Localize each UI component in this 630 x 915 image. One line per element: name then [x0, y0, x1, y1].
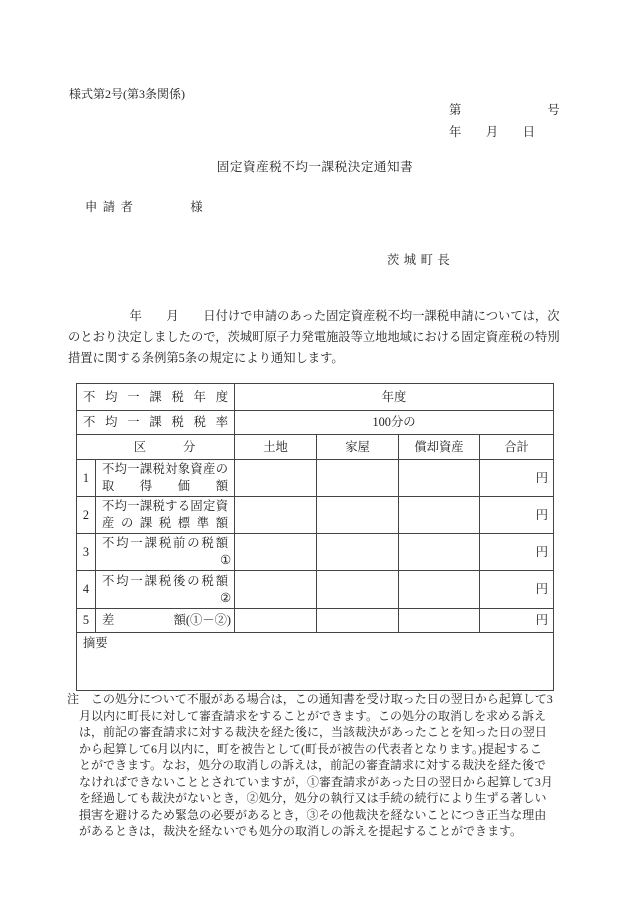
- table-row-5: 5 差 額(①－②) 円: [77, 609, 554, 633]
- cell-house: [317, 534, 399, 571]
- remarks-cell: 摘要: [77, 633, 554, 691]
- note-line: は，前記の審査請求に対する裁決を経た後に，当該裁決があったことを知った日の翌日: [67, 726, 553, 743]
- body-line: 措置に関する条例第5条の規定により通知します。: [68, 352, 560, 373]
- cell-depreciable: [399, 534, 480, 571]
- document-title: 固定資産税不均一課税決定通知書: [0, 161, 630, 174]
- applicant-honorific: 様: [190, 200, 202, 214]
- note-line: 月以内に町長に対して審査請求をすることができます。この処分の取消しを求める訴え: [67, 710, 553, 727]
- cell-house: [317, 460, 399, 497]
- cell-total: 円: [480, 609, 554, 633]
- cell-total: 円: [480, 460, 554, 497]
- row-number: 3: [77, 534, 96, 571]
- cell-total: 円: [480, 497, 554, 534]
- difference-label-right: 額(①－②): [174, 614, 231, 626]
- cell-depreciable: [399, 497, 480, 534]
- row-label-line: 不均一課税前の税額: [96, 535, 234, 552]
- body-line: のとおり決定しましたので，茨城町原子力発電施設等立地地域における固定資産税の特別: [68, 331, 560, 352]
- document-page: 様式第2号(第3条関係) 第 号 年 月 日 固定資産税不均一課税決定通知書 申…: [0, 0, 630, 915]
- note-line: から起算して6月以内に，町を被告として(町長が被告の代表者となります。)提起する…: [67, 743, 553, 760]
- rate-row-value: 100分の: [235, 411, 554, 435]
- row-number: 4: [77, 571, 96, 609]
- unit-yen: 円: [536, 471, 548, 485]
- col-header-house: 家屋: [317, 435, 399, 460]
- table-row-1: 1 不均一課税対象資産の 取得価額 円: [77, 460, 554, 497]
- row-label-line: 産の課税標準額: [96, 515, 234, 532]
- col-header-total: 合計: [480, 435, 554, 460]
- row-number: 2: [77, 497, 96, 534]
- document-number-line: 第 号: [449, 104, 560, 126]
- row-label-line: 不均一課税する固定資: [96, 498, 234, 515]
- difference-label-left: 差: [102, 614, 114, 626]
- table-row-rate: 不均一課税税率 100分の: [77, 411, 554, 435]
- row-number: 1: [77, 460, 96, 497]
- year-row-label: 不均一課税年度: [77, 389, 234, 406]
- applicant-label: 申請者: [85, 200, 138, 214]
- cell-house: [317, 571, 399, 609]
- row-label-circled-1: ①: [96, 552, 234, 569]
- form-number: 様式第2号(第3条関係): [69, 88, 185, 100]
- cell-total: 円: [480, 571, 554, 609]
- year-row-value: 年度: [235, 384, 554, 411]
- row-label-line: 取得価額: [96, 478, 234, 495]
- cell-house: [317, 497, 399, 534]
- cell-depreciable: [399, 609, 480, 633]
- cell-depreciable: [399, 571, 480, 609]
- unit-yen: 円: [536, 545, 548, 559]
- cell-land: [235, 571, 317, 609]
- date-line: 年 月 日: [449, 126, 560, 148]
- col-header-depreciable-assets: 償却資産: [399, 435, 480, 460]
- row-number: 5: [77, 609, 96, 633]
- note-line: 注 この処分について不服がある場合は，この通知書を受け取った日の翌日から起算して…: [67, 693, 553, 710]
- cell-land: [235, 460, 317, 497]
- col-header-land: 土地: [235, 435, 317, 460]
- appeal-note: 注 この処分について不服がある場合は，この通知書を受け取った日の翌日から起算して…: [67, 693, 553, 842]
- cell-total: 円: [480, 534, 554, 571]
- unit-yen: 円: [536, 613, 548, 627]
- category-header: 区 分: [77, 435, 235, 460]
- note-line: とができます。なお，処分の取消しの訴えは，前記の審査請求に対する裁決を経た後で: [67, 759, 553, 776]
- table-row-year: 不均一課税年度 年度: [77, 384, 554, 411]
- row-label-line: 不均一課税後の税額: [96, 573, 234, 590]
- cell-house: [317, 609, 399, 633]
- note-line: 損害を避けるため緊急の必要があるとき，③その他裁決を経ないことにつき正当な理由: [67, 809, 553, 826]
- rate-row-label: 不均一課税税率: [77, 414, 234, 431]
- cell-depreciable: [399, 460, 480, 497]
- unit-yen: 円: [536, 582, 548, 596]
- body-paragraph: 年 月 日付けで申請のあった固定資産税不均一課税申請については，次 のとおり決定…: [68, 310, 560, 373]
- cell-land: [235, 534, 317, 571]
- table-header-row: 区 分 土地 家屋 償却資産 合計: [77, 435, 554, 460]
- tax-decision-table: 不均一課税年度 年度 不均一課税税率 100分の 区 分 土地 家屋 償却資産 …: [76, 383, 554, 691]
- row-label-circled-2: ②: [96, 590, 234, 607]
- table-row-2: 2 不均一課税する固定資 産の課税標準額 円: [77, 497, 554, 534]
- issuer-name: 茨城町長: [387, 254, 454, 266]
- table-row-4: 4 不均一課税後の税額 ② 円: [77, 571, 554, 609]
- document-number-block: 第 号 年 月 日: [449, 104, 560, 148]
- unit-yen: 円: [536, 508, 548, 522]
- body-line: 年 月 日付けで申請のあった固定資産税不均一課税申請については，次: [68, 310, 560, 331]
- remarks-label: 摘要: [83, 636, 108, 650]
- applicant-line: 申請者様: [85, 201, 203, 213]
- table-row-3: 3 不均一課税前の税額 ① 円: [77, 534, 554, 571]
- note-line: なければできないこととされていますが，①審査請求があった日の翌日から起算して3月: [67, 776, 553, 793]
- cell-land: [235, 497, 317, 534]
- note-line: を経過しても裁決がないとき，②処分，処分の執行又は手続の続行により生ずる著しい: [67, 792, 553, 809]
- table-row-remarks: 摘要: [77, 633, 554, 691]
- note-line: があるときは，裁決を経ないでも処分の取消しの訴えを提起することができます。: [67, 825, 553, 842]
- row-label-line: 不均一課税対象資産の: [96, 461, 234, 478]
- cell-land: [235, 609, 317, 633]
